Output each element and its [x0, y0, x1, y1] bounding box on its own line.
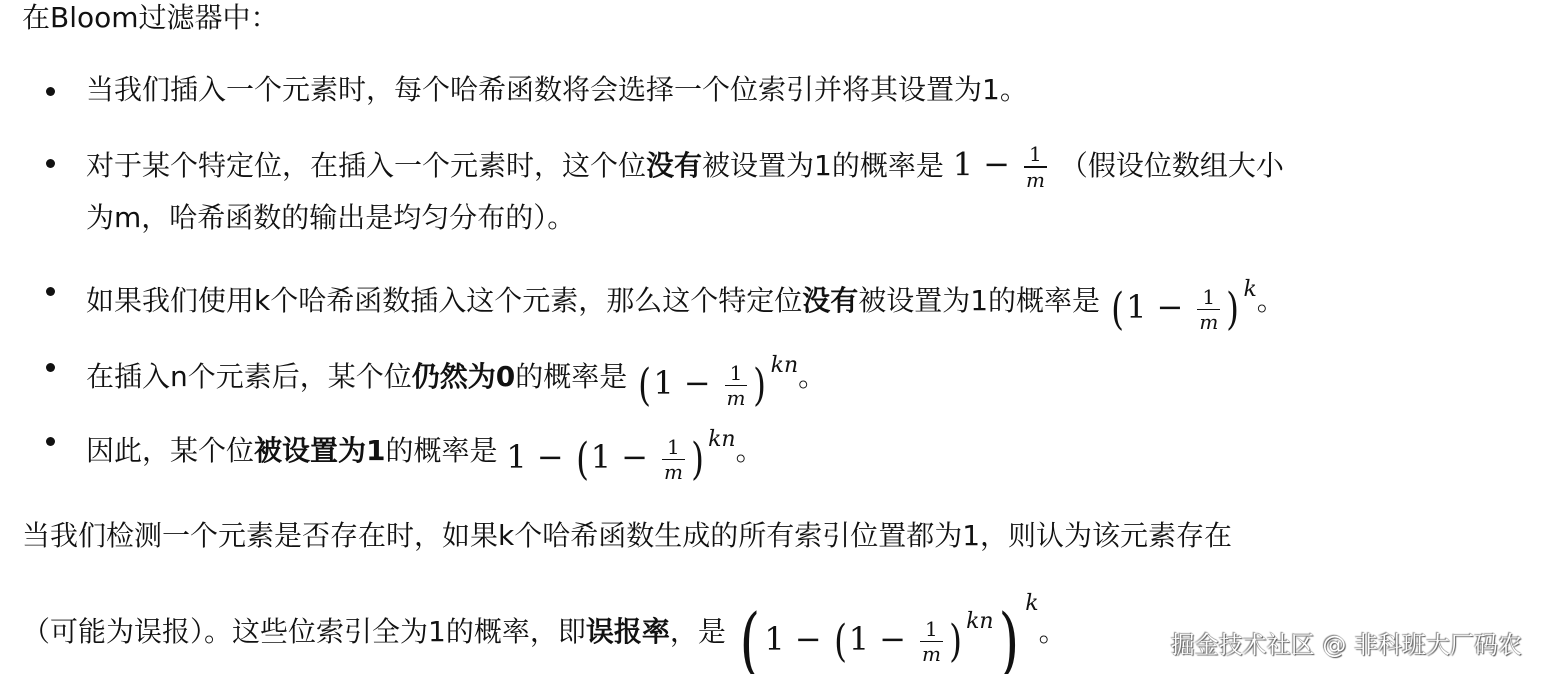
text-segment: 被设置为1的概率是: [702, 149, 944, 182]
exponent: kn: [708, 427, 736, 452]
left-paren: (: [834, 620, 847, 664]
math-number: 1: [953, 145, 973, 183]
math-formula: (1−1m)k: [1109, 272, 1257, 332]
denominator: m: [920, 644, 943, 664]
watermark: 掘金技术社区 @ 非科班大厂码农: [1171, 625, 1522, 660]
math-operator: −: [795, 620, 822, 658]
fraction: 1m: [725, 363, 748, 409]
numerator: 1: [923, 619, 940, 639]
list-item-text: 在插入n个元素后，某个位仍然为0的概率是 (1−1m)kn 。: [86, 348, 826, 408]
math-operator: −: [684, 364, 711, 402]
bold-text: 仍然为0: [412, 360, 515, 393]
list-item-text-continued: 为m，哈希函数的输出是均匀分布的）。: [86, 200, 575, 236]
inner-exponent: kn: [966, 609, 994, 634]
list-item-text: 如果我们使用k个哈希函数插入这个元素，那么这个特定位没有被设置为1的概率是 (1…: [86, 272, 1285, 332]
bullet-dot-icon: [46, 437, 55, 446]
math-operator: −: [537, 438, 564, 476]
text-segment: 。: [1257, 284, 1285, 317]
bold-text: 误报率: [586, 615, 670, 648]
denominator: m: [1197, 312, 1220, 332]
left-paren: (: [638, 364, 651, 408]
numerator: 1: [1027, 144, 1044, 164]
left-paren: (: [576, 438, 589, 482]
text-segment: 在插入n个元素后，某个位: [86, 360, 412, 393]
paragraph-line-2: （可能为误报）。这些位索引全为1的概率，即误报率，是 (1−(1−1m)kn)k…: [22, 586, 1067, 674]
denominator: m: [662, 462, 685, 482]
list-item-text: 当我们插入一个元素时，每个哈希函数将会选择一个位索引并将其设置为1。: [86, 72, 1028, 108]
denominator: m: [725, 388, 748, 408]
bold-text: 没有: [802, 284, 858, 317]
big-left-paren: (: [739, 604, 760, 674]
paragraph-line-1: 当我们检测一个元素是否存在时，如果k个哈希函数生成的所有索引位置都为1，则认为该…: [22, 518, 1232, 554]
math-operator: −: [879, 620, 906, 658]
math-formula: (1−1m)kn: [636, 348, 798, 408]
list-item-text: 因此，某个位被设置为1的概率是 1−(1−1m)kn 。: [86, 422, 764, 482]
math-operator: −: [983, 145, 1010, 183]
text-segment: （假设位数组大小: [1060, 149, 1284, 182]
right-paren: ): [949, 620, 962, 664]
right-paren: ): [691, 438, 704, 482]
intro-text: 在Bloom过滤器中：: [22, 0, 279, 36]
math-number: 1: [653, 364, 673, 402]
text-segment: （可能为误报）。这些位索引全为1的概率，即: [22, 615, 586, 648]
fraction: 1m: [920, 619, 943, 665]
math-operator: −: [1157, 288, 1184, 326]
denominator: m: [1024, 170, 1047, 190]
math-formula: 1−(1−1m)kn: [506, 422, 735, 482]
fraction: 1m: [1197, 287, 1220, 333]
bold-text: 没有: [646, 149, 702, 182]
numerator: 1: [728, 363, 745, 383]
text-segment: 被设置为1的概率是: [858, 284, 1100, 317]
text-segment: ，是: [670, 615, 726, 648]
numerator: 1: [1200, 287, 1217, 307]
fraction: 1m: [1024, 144, 1047, 190]
bullet-dot-icon: [46, 159, 55, 168]
math-number: 1: [764, 620, 784, 658]
text-segment: 。: [798, 360, 826, 393]
outer-exponent: k: [1025, 591, 1038, 616]
math-number: 1: [1126, 288, 1146, 326]
exponent: k: [1243, 277, 1256, 302]
numerator: 1: [665, 437, 682, 457]
text-segment: 如果我们使用k个哈希函数插入这个元素，那么这个特定位: [86, 284, 802, 317]
math-number: 1: [849, 620, 869, 658]
left-paren: (: [1111, 288, 1124, 332]
math-number: 1: [506, 438, 526, 476]
big-right-paren: ): [998, 604, 1019, 674]
text-segment: 因此，某个位: [86, 434, 254, 467]
exponent: kn: [771, 353, 799, 378]
fraction: 1m: [662, 437, 685, 483]
bullet-dot-icon: [46, 363, 55, 372]
math-formula: 1−1m: [953, 144, 1051, 190]
text-segment: 的概率是: [515, 360, 627, 393]
bold-text: 被设置为1: [254, 434, 385, 467]
math-number: 1: [591, 438, 611, 476]
bullet-dot-icon: [46, 287, 55, 296]
right-paren: ): [754, 364, 767, 408]
text-segment: 。: [1039, 615, 1067, 648]
list-item-text: 对于某个特定位，在插入一个元素时，这个位没有被设置为1的概率是 1−1m （假设…: [86, 144, 1284, 190]
bullet-dot-icon: [46, 87, 55, 96]
text-segment: 。: [736, 434, 764, 467]
right-paren: ): [1226, 288, 1239, 332]
text-segment: 对于某个特定位，在插入一个元素时，这个位: [86, 149, 646, 182]
text-segment: 的概率是: [386, 434, 498, 467]
false-positive-formula: (1−(1−1m)kn)k: [735, 586, 1039, 674]
math-operator: −: [621, 438, 648, 476]
